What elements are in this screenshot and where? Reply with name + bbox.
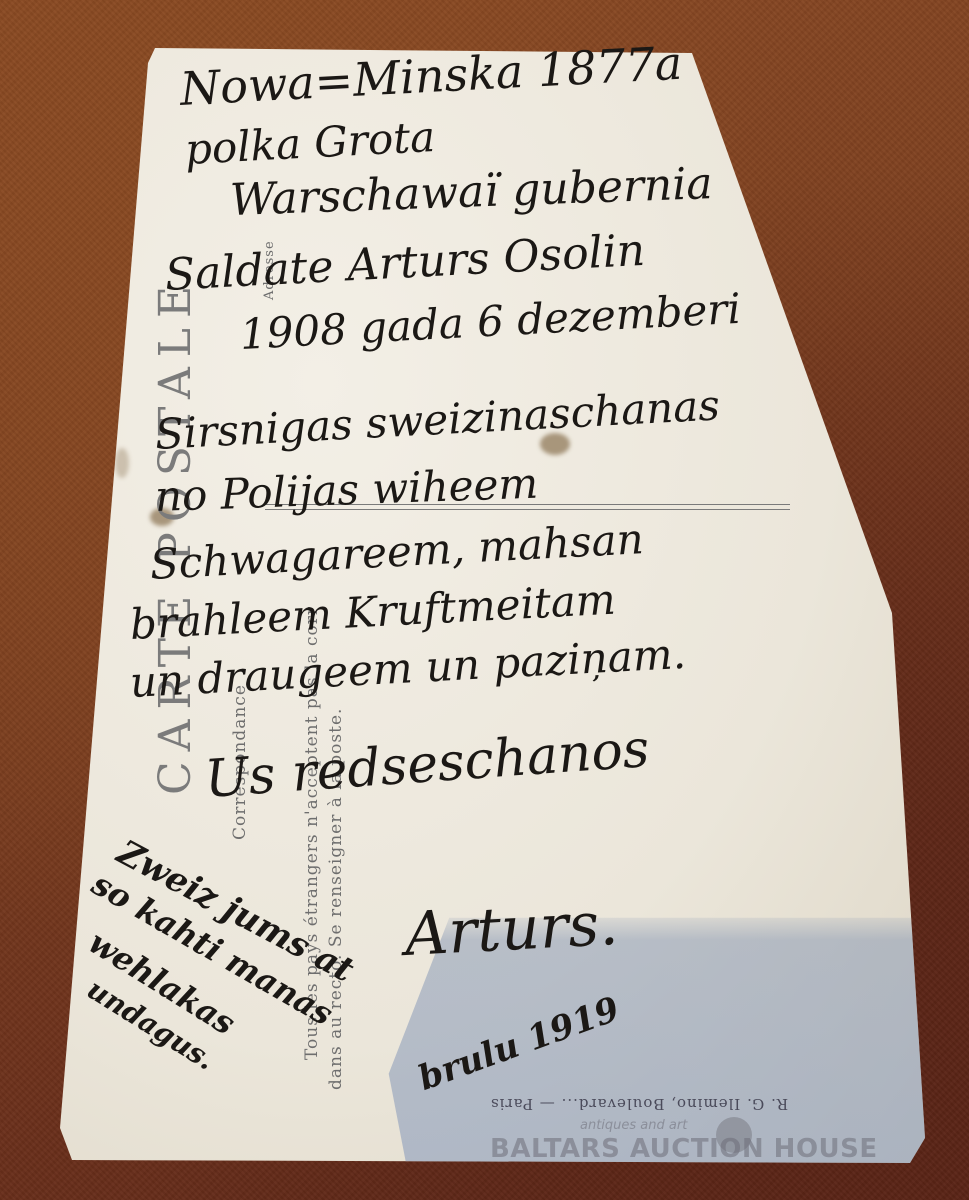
ink-stain <box>115 448 129 478</box>
watermark-brand: BALTARS AUCTION HOUSE <box>490 1134 878 1164</box>
printer-imprint: R. G. Ilemino, Boulevard... — Paris <box>490 1095 788 1113</box>
watermark-tagline: antiques and art <box>580 1118 687 1133</box>
signature-arturs: Arturs. <box>403 889 620 970</box>
carte-postale-heading: CARTE POSTALE <box>150 276 201 795</box>
